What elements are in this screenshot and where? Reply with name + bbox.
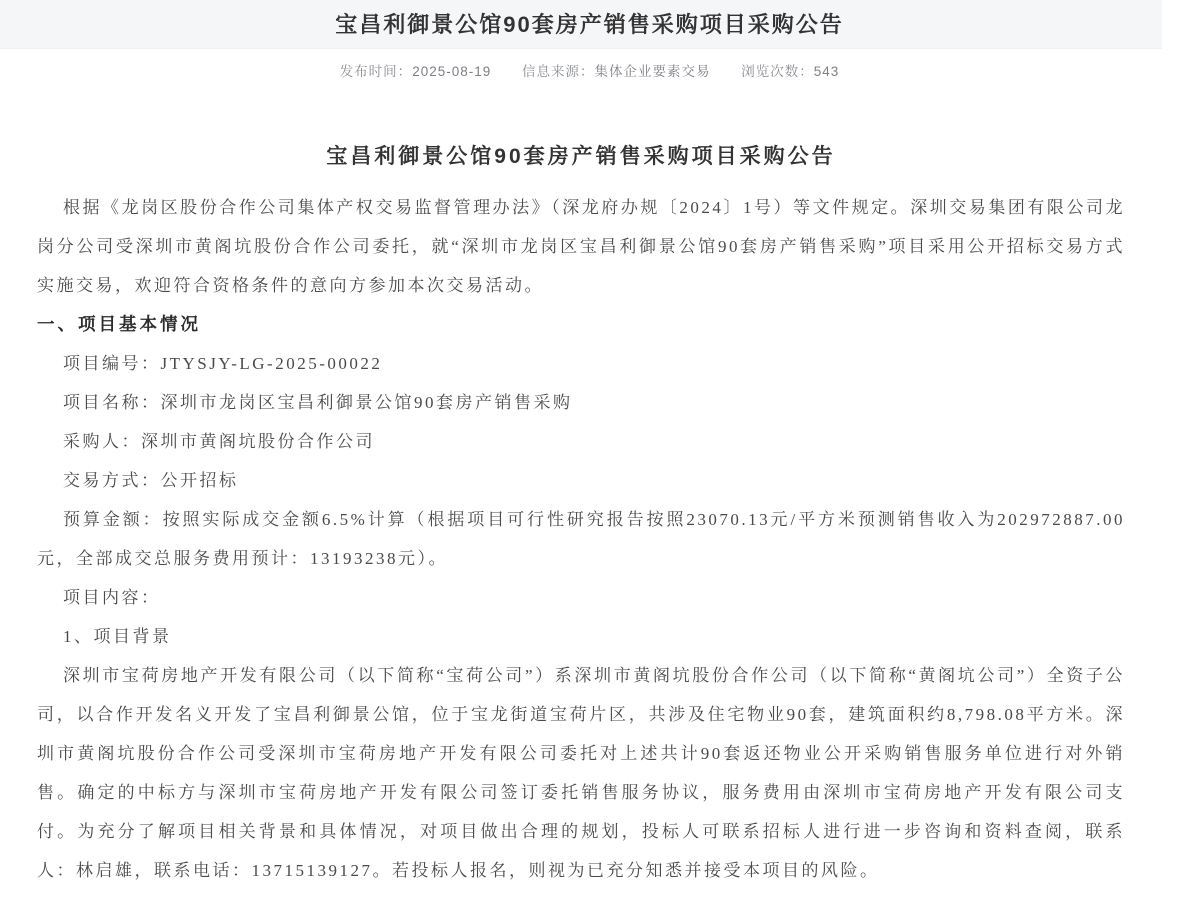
section-heading-basic-info: 一、项目基本情况 [37, 305, 1125, 344]
subsection-background: 1、项目背景 [37, 617, 1125, 656]
meta-row: 发布时间：2025-08-19 信息来源：集体企业要素交易 浏览次数：543 [0, 62, 1179, 82]
field-budget-amount: 预算金额：按照实际成交金额6.5%计算（根据项目可行性研究报告按照23070.1… [37, 500, 1125, 578]
banner-title: 宝昌利御景公馆90套房产销售采购项目采购公告 [0, 0, 1179, 50]
field-project-name: 项目名称：深圳市龙岗区宝昌利御景公馆90套房产销售采购 [37, 383, 1125, 422]
announcement-document: 宝昌利御景公馆90套房产销售采购项目采购公告 根据《龙岗区股份合作公司集体产权交… [0, 82, 1179, 890]
field-purchaser: 采购人：深圳市黄阁坑股份合作公司 [37, 422, 1125, 461]
info-source-label: 信息来源： [522, 64, 595, 79]
info-source: 信息来源：集体企业要素交易 [522, 64, 711, 79]
publish-time-label: 发布时间： [340, 64, 413, 79]
intro-paragraph: 根据《龙岗区股份合作公司集体产权交易监督管理办法》（深龙府办规〔2024〕1号）… [37, 188, 1125, 305]
background-paragraph: 深圳市宝荷房地产开发有限公司（以下简称“宝荷公司”）系深圳市黄阁坑股份合作公司（… [37, 656, 1125, 890]
field-project-number: 项目编号：JTYSJY-LG-2025-00022 [37, 344, 1125, 383]
announcement-banner: 宝昌利御景公馆90套房产销售采购项目采购公告 [0, 0, 1179, 49]
info-source-value: 集体企业要素交易 [595, 64, 711, 79]
field-trade-method: 交易方式：公开招标 [37, 461, 1125, 500]
scrollbar-track[interactable] [1162, 0, 1179, 49]
view-count-value: 543 [814, 64, 840, 79]
view-count-label: 浏览次数： [741, 64, 814, 79]
view-count: 浏览次数：543 [741, 64, 839, 79]
publish-time: 发布时间：2025-08-19 [340, 64, 492, 79]
publish-time-value: 2025-08-19 [412, 64, 491, 79]
document-title: 宝昌利御景公馆90套房产销售采购项目采购公告 [37, 144, 1125, 170]
field-project-content: 项目内容： [37, 578, 1125, 617]
